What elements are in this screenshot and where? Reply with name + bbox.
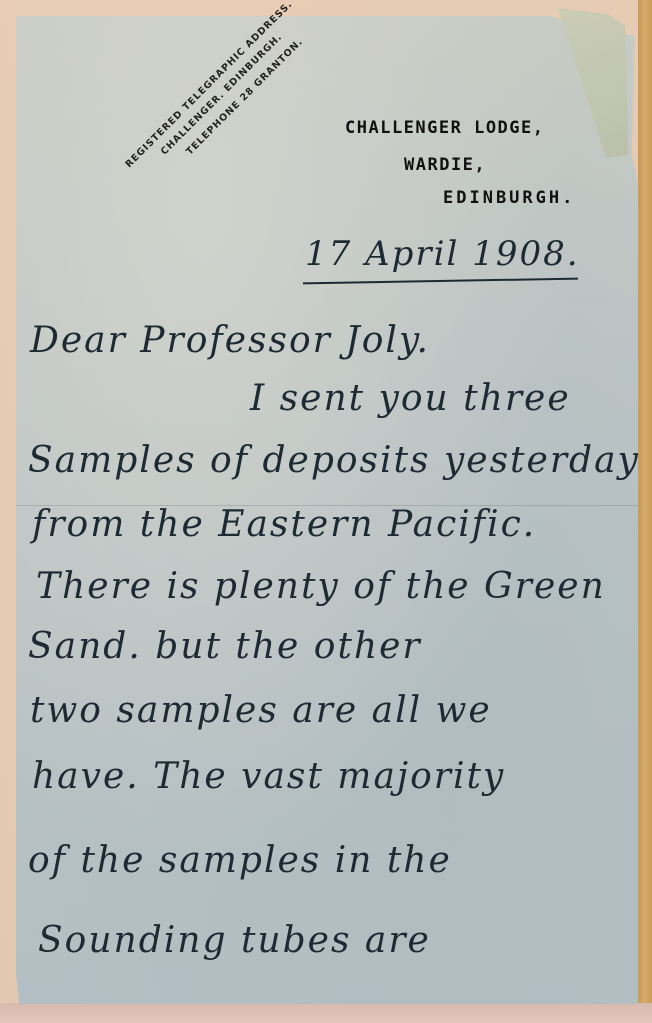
salutation: Dear Professor Joly. [30,320,430,361]
letter-date: 17 April 1908. [305,234,580,274]
body-line: There is plenty of the Green [36,566,606,607]
body-line: from the Eastern Pacific. [32,504,536,545]
surface-bottom-edge [0,1003,652,1023]
body-line: have. The vast majority [32,756,505,797]
body-line: Sounding tubes are [38,920,431,961]
address-line-3: EDINBURGH. [443,188,575,208]
body-line: two samples are all we [30,690,492,731]
body-line: of the samples in the [28,840,452,881]
body-line: Samples of deposits yesterday [28,440,640,481]
body-line: I sent you three [250,378,571,419]
body-line: Sand. but the other [28,626,422,667]
address-line-2: WARDIE, [404,155,486,175]
address-line-1: CHALLENGER LODGE, [345,118,545,138]
wooden-edge [638,0,652,1023]
